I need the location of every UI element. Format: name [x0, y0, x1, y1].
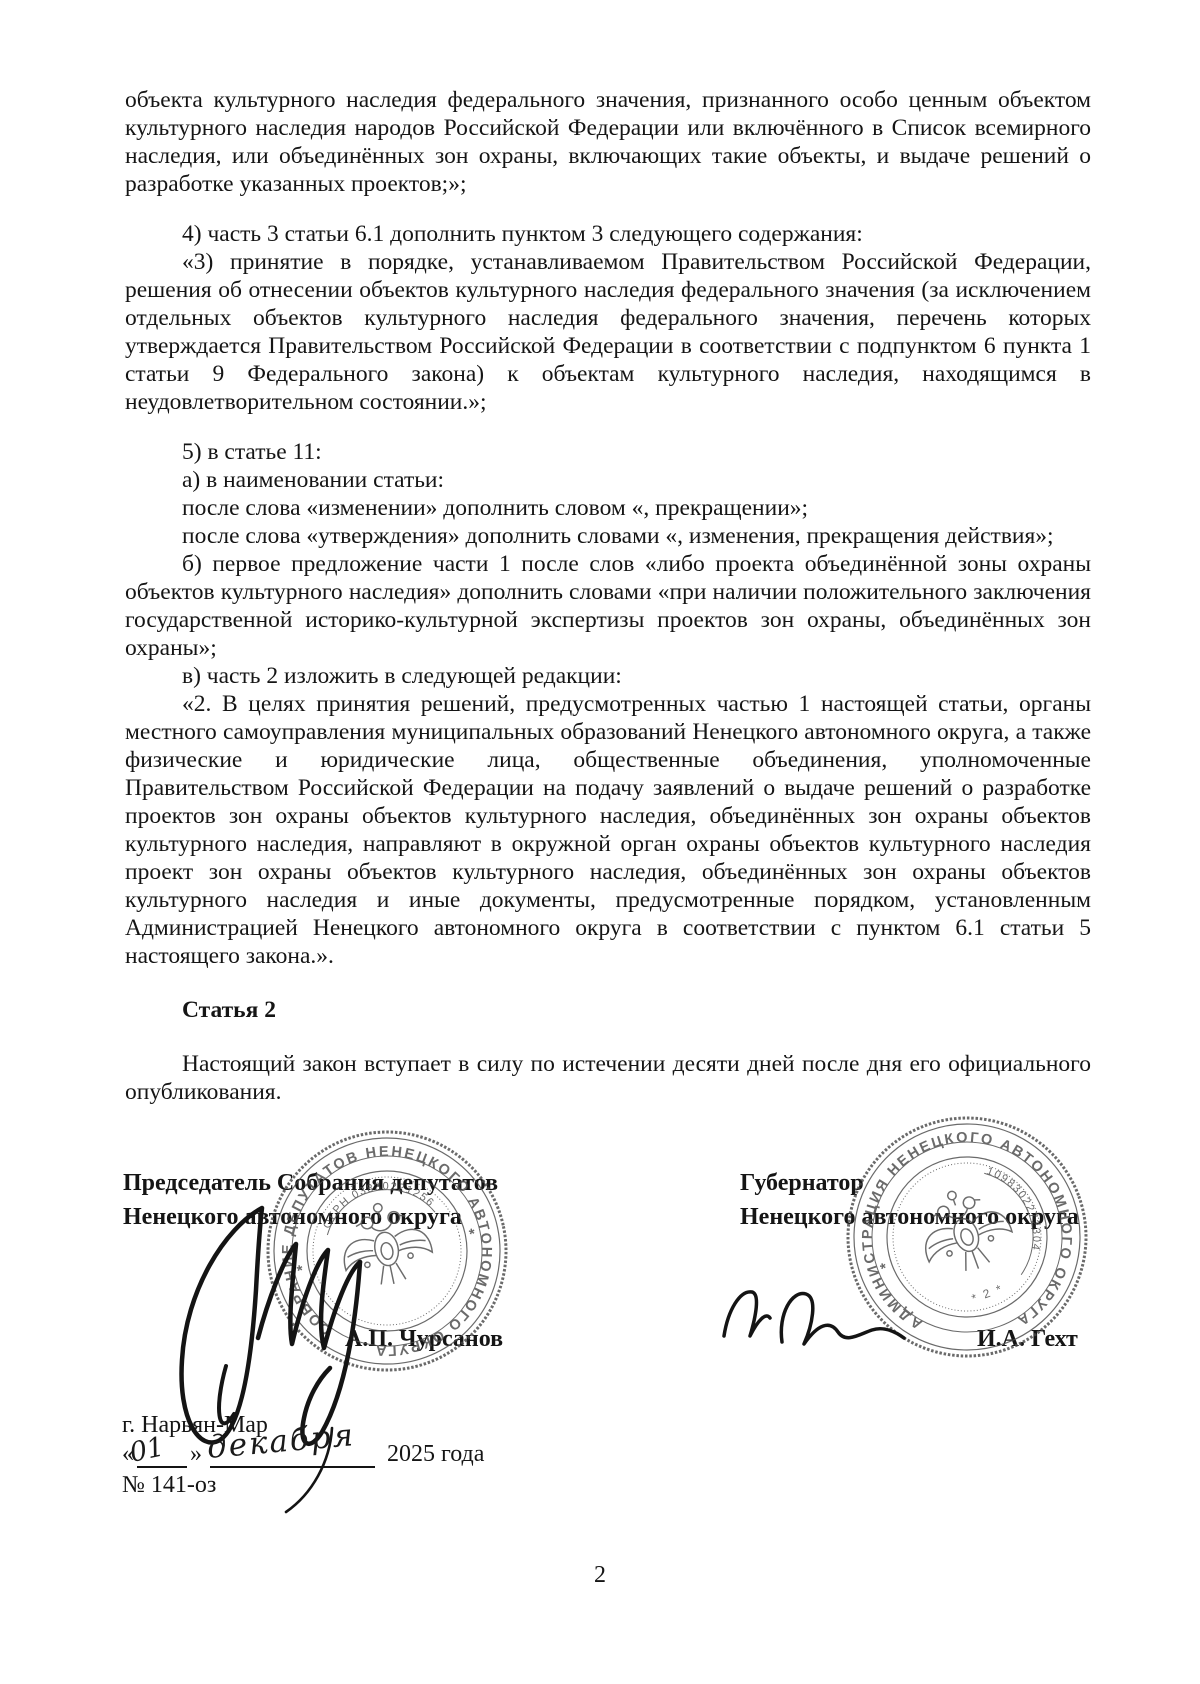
closing-paragraph: Настоящий закон вступает в силу по истеч…	[125, 1050, 1091, 1106]
issue-city: г. Нарьян-Мар	[122, 1412, 268, 1439]
double-headed-eagle-emblem	[909, 1176, 1020, 1283]
body-paragraph: после слова «утверждения» дополнить слов…	[125, 522, 1091, 550]
body-paragraph: в) часть 2 изложить в следующей редакции…	[125, 662, 1091, 690]
law-text: объекта культурного наследия федеральног…	[125, 86, 1091, 1106]
body-paragraph: «3) принятие в порядке, устанавливаемом …	[125, 248, 1091, 416]
issue-year: 2025 года	[387, 1441, 484, 1467]
month-blank-line	[210, 1442, 375, 1468]
body-paragraph: после слова «изменении» дополнить словом…	[125, 494, 1091, 522]
official-seal-assembly: СОБРАНИЕ ДЕПУТАТОВ НЕНЕЦКОГО АВТОНОМНОГО…	[239, 1103, 536, 1400]
body-paragraph: а) в наименовании статьи:	[125, 466, 1091, 494]
double-headed-eagle-emblem	[334, 1195, 438, 1294]
seal-arc-text: ОГРН 03830221256	[314, 1170, 438, 1233]
document-page: объекта культурного наследия федеральног…	[0, 0, 1200, 1684]
open-quote: «	[122, 1441, 134, 1467]
body-paragraph: 4) часть 3 статьи 6.1 дополнить пунктом …	[125, 220, 1091, 248]
day-blank-line	[137, 1442, 187, 1468]
close-quote: »	[190, 1441, 202, 1467]
official-seal-administration: АДМИНИСТРАЦИЯ НЕНЕЦКОГО АВТОНОМНОГО ОКРУ…	[807, 1077, 1127, 1397]
issue-date-line: «»2025 года	[122, 1441, 484, 1468]
document-number: № 141-оз	[122, 1472, 216, 1499]
body-paragraph: объекта культурного наследия федеральног…	[125, 86, 1091, 198]
body-paragraph: «2. В целях принятия решений, предусмотр…	[125, 690, 1091, 970]
page-number: 2	[0, 1562, 1200, 1589]
seal-ring-text: СОБРАНИЕ ДЕПУТАТОВ НЕНЕЦКОГО АВТОНОМНОГО…	[260, 1124, 514, 1378]
body-paragraph: 5) в статье 11:	[125, 438, 1091, 466]
body-paragraph: б) первое предложение части 1 после слов…	[125, 550, 1091, 662]
article-2-heading: Статья 2	[125, 996, 1091, 1024]
seal-bottom-text: * 2 *	[970, 1281, 1006, 1305]
